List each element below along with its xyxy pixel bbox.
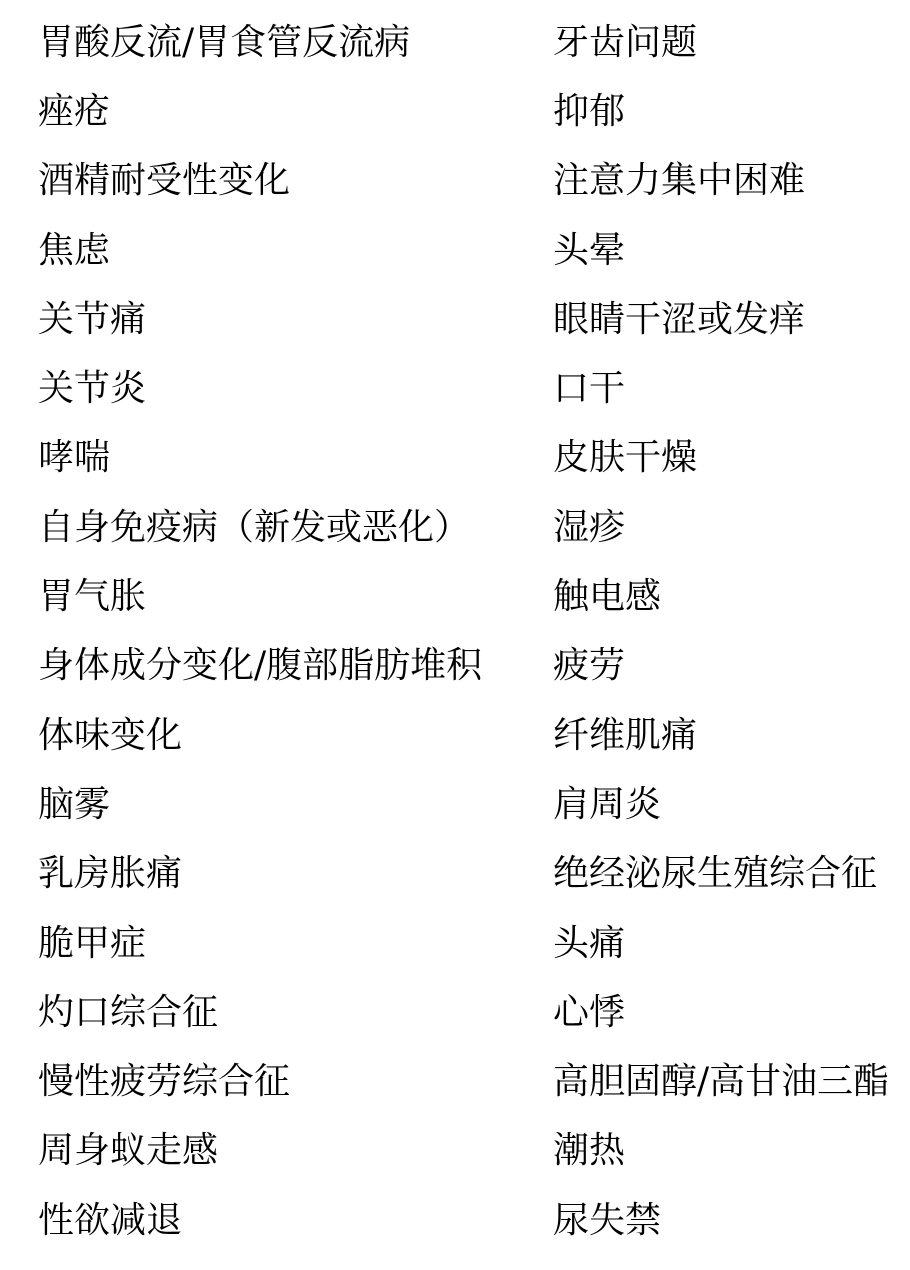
symptom-item: 体味变化 xyxy=(38,701,553,770)
symptom-item: 脆甲症 xyxy=(38,909,553,978)
symptom-item: 注意力集中困难 xyxy=(553,147,900,216)
symptom-list-page: 胃酸反流/胃食管反流病痤疮酒精耐受性变化焦虑关节痛关节炎哮喘自身免疫病（新发或恶… xyxy=(0,0,910,1270)
symptom-item: 性欲减退 xyxy=(38,1186,553,1255)
symptom-item: 疲劳 xyxy=(553,632,900,701)
symptom-item: 乳房胀痛 xyxy=(38,840,553,909)
symptom-item: 胃酸反流/胃食管反流病 xyxy=(38,8,553,77)
symptom-item: 慢性疲劳综合征 xyxy=(38,1047,553,1116)
symptom-item: 高胆固醇/高甘油三酯 xyxy=(553,1047,900,1116)
symptom-item: 心悸 xyxy=(553,978,900,1047)
symptom-item: 关节痛 xyxy=(38,285,553,354)
symptom-item: 哮喘 xyxy=(38,424,553,493)
symptom-item: 纤维肌痛 xyxy=(553,701,900,770)
symptom-item: 自身免疫病（新发或恶化） xyxy=(38,493,553,562)
symptom-item: 皮肤干燥 xyxy=(553,424,900,493)
symptom-item: 牙齿问题 xyxy=(553,8,900,77)
symptom-item: 湿疹 xyxy=(553,493,900,562)
symptom-item: 绝经泌尿生殖综合征 xyxy=(553,840,900,909)
symptom-item: 胃气胀 xyxy=(38,562,553,631)
symptom-item: 焦虑 xyxy=(38,216,553,285)
symptom-item: 身体成分变化/腹部脂肪堆积 xyxy=(38,632,553,701)
symptom-column-left: 胃酸反流/胃食管反流病痤疮酒精耐受性变化焦虑关节痛关节炎哮喘自身免疫病（新发或恶… xyxy=(38,8,553,1255)
symptom-column-right: 牙齿问题抑郁注意力集中困难头晕眼睛干涩或发痒口干皮肤干燥湿疹触电感疲劳纤维肌痛肩… xyxy=(553,8,900,1255)
symptom-item: 头痛 xyxy=(553,909,900,978)
symptom-columns: 胃酸反流/胃食管反流病痤疮酒精耐受性变化焦虑关节痛关节炎哮喘自身免疫病（新发或恶… xyxy=(38,8,900,1255)
symptom-item: 脑雾 xyxy=(38,770,553,839)
symptom-item: 口干 xyxy=(553,354,900,423)
symptom-item: 潮热 xyxy=(553,1117,900,1186)
symptom-item: 周身蚁走感 xyxy=(38,1117,553,1186)
symptom-item: 触电感 xyxy=(553,562,900,631)
symptom-item: 头晕 xyxy=(553,216,900,285)
symptom-item: 尿失禁 xyxy=(553,1186,900,1255)
symptom-item: 酒精耐受性变化 xyxy=(38,147,553,216)
symptom-item: 肩周炎 xyxy=(553,770,900,839)
symptom-item: 眼睛干涩或发痒 xyxy=(553,285,900,354)
symptom-item: 关节炎 xyxy=(38,354,553,423)
symptom-item: 抑郁 xyxy=(553,77,900,146)
symptom-item: 灼口综合征 xyxy=(38,978,553,1047)
symptom-item: 痤疮 xyxy=(38,77,553,146)
